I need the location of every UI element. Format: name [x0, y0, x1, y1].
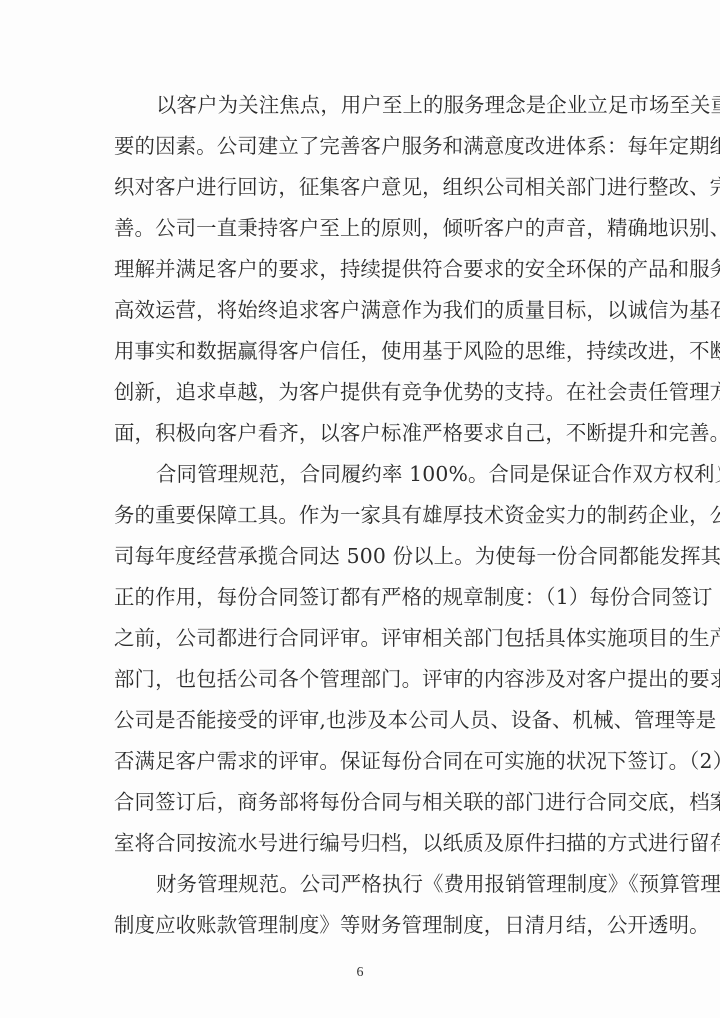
- text-line: 高效运营，将始终追求客户满意作为我们的质量目标，以诚信为基石，: [114, 297, 614, 323]
- page-number: 6: [0, 965, 720, 981]
- text-line: 否满足客户需求的评审。保证每份合同在可实施的状况下签订。（2）: [114, 748, 614, 774]
- document-page: 以客户为关注焦点，用户至上的服务理念是企业立足市场至关重 要的因素。公司建立了完…: [0, 0, 720, 1018]
- text-line: 正的作用，每份合同签订都有严格的规章制度：（1）每份合同签订: [114, 584, 614, 610]
- text-line: 务的重要保障工具。作为一家具有雄厚技术资金实力的制药企业，公: [114, 502, 614, 528]
- text-line: 创新，追求卓越，为客户提供有竞争优势的支持。在社会责任管理方: [114, 379, 614, 405]
- text-line: 室将合同按流水号进行编号归档，以纸质及原件扫描的方式进行留存。: [114, 830, 614, 856]
- text-line: 要的因素。公司建立了完善客户服务和满意度改进体系：每年定期组: [114, 133, 614, 159]
- text-line: 制度应收账款管理制度》等财务管理制度，日清月结，公开透明。: [114, 912, 614, 938]
- text-line: 用事实和数据赢得客户信任，使用基于风险的思维，持续改进，不断: [114, 338, 614, 364]
- text-line: 善。公司一直秉持客户至上的原则，倾听客户的声音，精确地识别、: [114, 215, 614, 241]
- text-line: 之前，公司都进行合同评审。评审相关部门包括具体实施项目的生产: [114, 625, 614, 651]
- text-line: 理解并满足客户的要求，持续提供符合要求的安全环保的产品和服务，: [114, 256, 614, 282]
- text-line: 部门，也包括公司各个管理部门。评审的内容涉及对客户提出的要求: [114, 666, 614, 692]
- text-line: 面，积极向客户看齐，以客户标准严格要求自己，不断提升和完善。: [114, 420, 614, 446]
- text-line: 合同管理规范，合同履约率 100%。合同是保证合作双方权利义: [156, 461, 614, 487]
- text-line: 织对客户进行回访，征集客户意见，组织公司相关部门进行整改、完: [114, 174, 614, 200]
- text-line: 以客户为关注焦点，用户至上的服务理念是企业立足市场至关重: [156, 92, 614, 118]
- text-line: 公司是否能接受的评审,也涉及本公司人员、设备、机械、管理等是: [114, 707, 614, 733]
- text-line: 合同签订后，商务部将每份合同与相关联的部门进行合同交底，档案: [114, 789, 614, 815]
- text-line: 财务管理规范。公司严格执行《费用报销管理制度》《预算管理: [156, 871, 614, 897]
- text-line: 司每年度经营承揽合同达 500 份以上。为使每一份合同都能发挥其真: [114, 543, 614, 569]
